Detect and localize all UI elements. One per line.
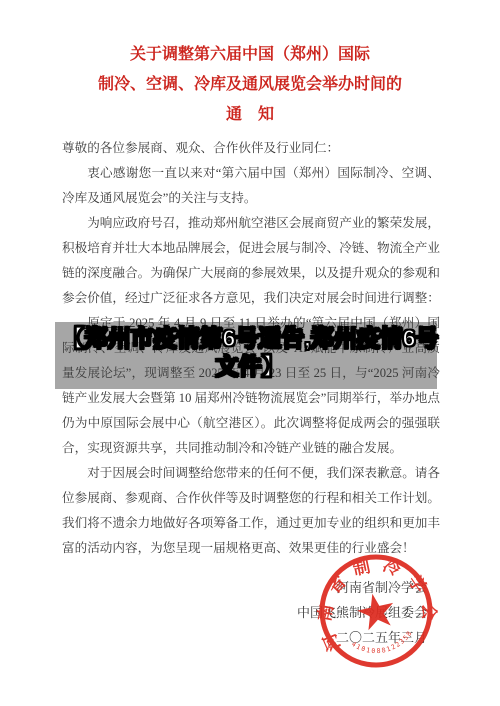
notice-title-line2: 制冷、空调、冷库及通风展览会举办时间的 bbox=[0, 70, 500, 100]
official-seal-stamp-icon: ★ 河南省制冷学会 4101088122358 bbox=[314, 549, 438, 673]
paragraph-thanks: 衷心感谢您一直以来对“第六届中国（郑州）国际制冷、空调、冷库及通风展览会”的关注… bbox=[62, 161, 440, 211]
seal-star-icon: ★ bbox=[350, 582, 403, 643]
watermark-caption: 【郑州市疫情第6号通告,郑州疫情6号文件】 bbox=[58, 324, 442, 380]
paragraph-apology: 对于因展会时间调整给您带来的任何不便，我们深表歉意。请各位参展商、参观商、合作伙… bbox=[62, 461, 440, 561]
notice-title: 关于调整第六届中国（郑州）国际 制冷、空调、冷库及通风展览会举办时间的 通 知 bbox=[0, 40, 500, 130]
notice-title-line3: 通 知 bbox=[0, 100, 500, 130]
notice-title-line1: 关于调整第六届中国（郑州）国际 bbox=[0, 40, 500, 70]
salutation: 尊敬的各位参展商、观众、合作伙伴及行业同仁： bbox=[62, 136, 440, 161]
document-page: 关于调整第六届中国（郑州）国际 制冷、空调、冷库及通风展览会举办时间的 通 知 … bbox=[0, 0, 500, 706]
paragraph-reason: 为响应政府号召，推动郑州航空港区会展商贸产业的繁荣发展，积极培育并壮大本地品牌展… bbox=[62, 211, 440, 311]
